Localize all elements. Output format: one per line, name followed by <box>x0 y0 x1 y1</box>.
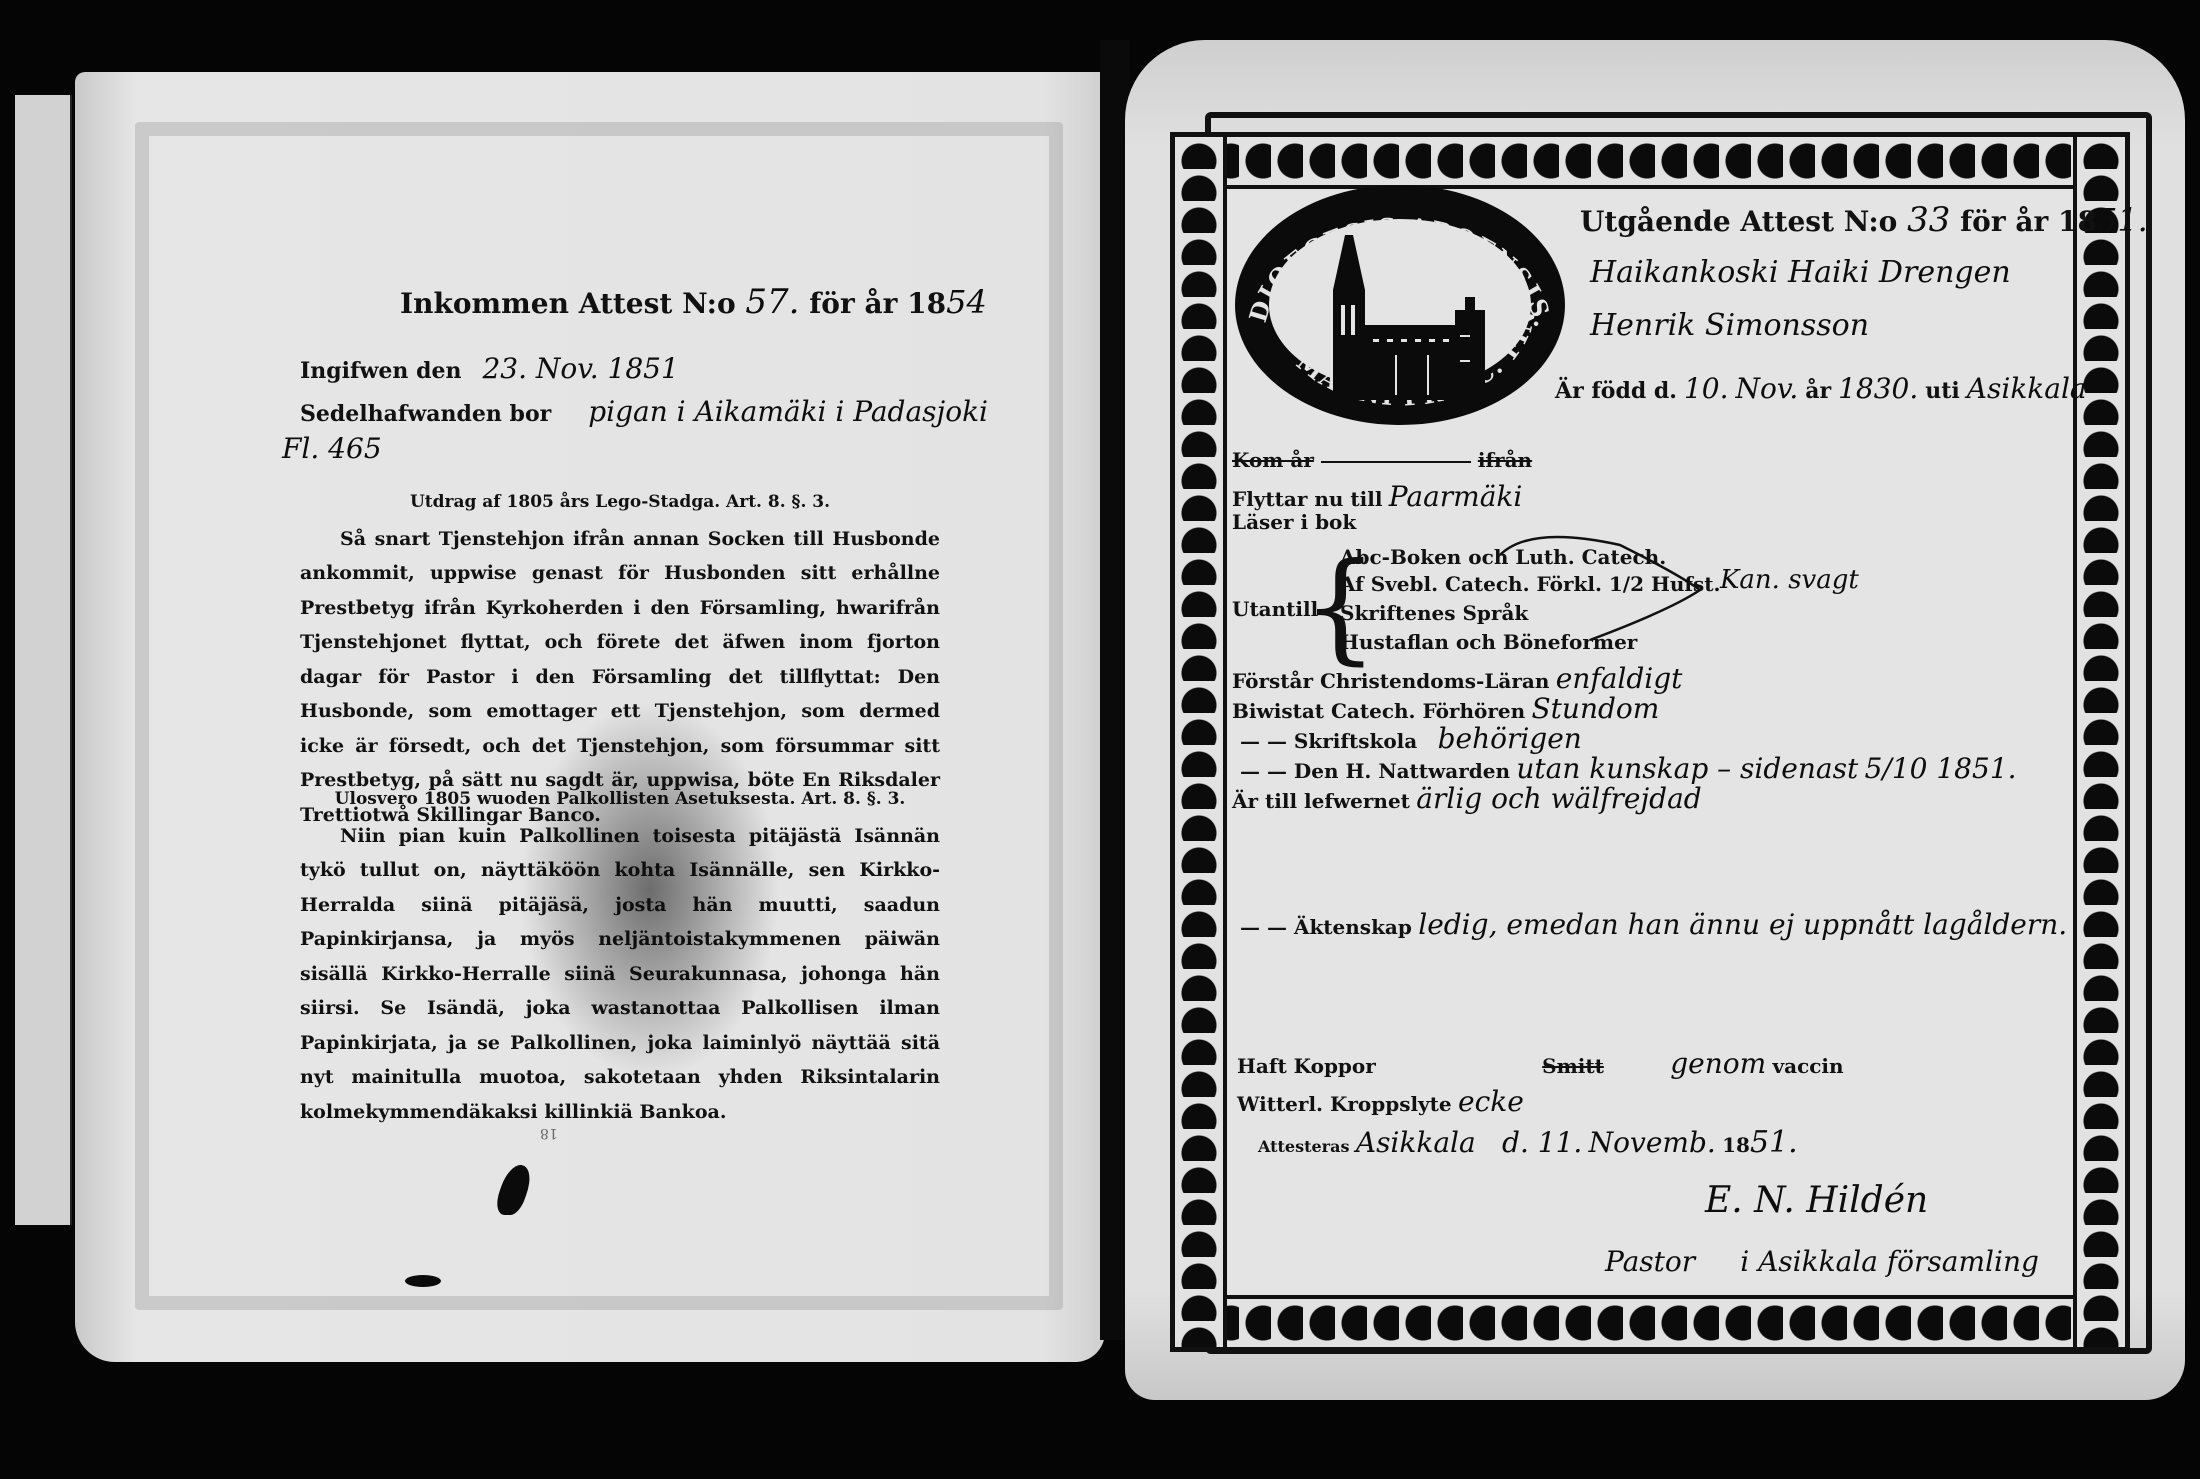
field-attesteras: Attesteras Asikkala d. 11. Novemb. 1851. <box>1258 1125 1798 1160</box>
attest-number: 57. <box>745 282 799 322</box>
signature: E. N. Hildén <box>1705 1180 1928 1221</box>
heading-label: Inkommen Attest N:o <box>400 287 736 320</box>
faded-year-mark: 18 <box>540 1125 558 1141</box>
field-label: vaccin <box>1773 1054 1844 1078</box>
uti-label: uti <box>1925 378 1960 404</box>
ingifwen-label: Ingifwen den <box>300 358 461 384</box>
ingifwen-row: Ingifwen den 23. Nov. 1851 <box>300 352 679 385</box>
attest-day: d. 11. <box>1502 1126 1582 1159</box>
field-value: ärlig och wälfrejdad <box>1416 782 1701 815</box>
year-label: år <box>1805 378 1831 404</box>
year-label: för år 18 <box>1960 205 2097 238</box>
field-skriftskola: — — Skriftskola behörigen <box>1240 722 1582 755</box>
heading-label: Utgående Attest N:o <box>1580 205 1897 238</box>
birth-day: 10. <box>1684 372 1729 405</box>
year-value: 54 <box>946 283 987 321</box>
handwritten-bracket-icon <box>1490 515 1720 650</box>
attest-year: 51. <box>1750 1125 1798 1160</box>
field-value: behörigen <box>1438 722 1582 755</box>
field-aktenskap: — — Äktenskap ledig, emedan han ännu ej … <box>1240 908 2067 941</box>
field-biwistat: Biwistat Catech. Förhören Stundom <box>1232 692 1659 725</box>
field-label: Biwistat Catech. Förhören <box>1232 699 1525 723</box>
field-value: genom <box>1670 1047 1766 1080</box>
sedelhafwanden-ref: Fl. 465 <box>282 432 382 465</box>
person-title-line: Haikankoski Haiki Drengen <box>1590 255 2011 290</box>
year-label: 18 <box>1722 1133 1750 1157</box>
birth-place: Asikkala <box>1967 372 2087 405</box>
birth-row: Är född d. 10. Nov. år 1830. uti Asikkal… <box>1555 372 2087 405</box>
field-label: — — Den H. Nattwarden <box>1240 759 1510 783</box>
sedelhafwanden-row: Sedelhafwanden bor pigan i Aikamäki i Pa… <box>300 395 988 428</box>
field-forstar: Förstår Christendoms-Läran enfaldigt <box>1232 662 1682 695</box>
field-label: Är till lefwernet <box>1232 789 1410 813</box>
field-nattwarden: — — Den H. Nattwarden utan kunskap – sid… <box>1240 752 2017 785</box>
ingifwen-value: 23. Nov. 1851 <box>482 352 678 385</box>
birth-month: Nov. <box>1735 372 1798 405</box>
incoming-attest-heading: Inkommen Attest N:o 57. för år 1854 <box>400 282 987 322</box>
signature-title-row: Pastor i Asikkala församling <box>1605 1245 2039 1278</box>
field-label: — — Äktenskap <box>1240 915 1412 939</box>
sedelhafwanden-value: pigan i Aikamäki i Padasjoki <box>588 395 988 428</box>
attest-place: Asikkala <box>1356 1126 1476 1159</box>
field-kroppslyte: Witterl. Kroppslyte ecke <box>1237 1085 1524 1118</box>
field-label: Kom år <box>1232 448 1314 472</box>
birth-year: 1830. <box>1838 372 1918 405</box>
born-label: Är född d. <box>1555 378 1677 404</box>
field-value: ledig, emedan han ännu ej uppnått lagåld… <box>1418 908 2067 941</box>
field-label: Haft Koppor <box>1237 1054 1376 1078</box>
outgoing-attest-heading: Utgående Attest N:o 33 för år 1851. <box>1580 200 2148 240</box>
swedish-extract-title: Utdrag af 1805 års Lego-Stadga. Art. 8. … <box>300 485 940 520</box>
field-label: ifrån <box>1478 448 1532 472</box>
signature-parish: i Asikkala församling <box>1740 1245 2039 1278</box>
year-value: 51. <box>2097 201 2148 239</box>
field-flyttar: Flyttar nu till Paarmäki <box>1232 480 1522 513</box>
person-name: Henrik Simonsson <box>1590 308 1869 343</box>
field-lefwernet: Är till lefwernet ärlig och wälfrejdad <box>1232 782 1702 815</box>
field-value: utan kunskap – sidenast <box>1516 752 1858 785</box>
frame-border-left <box>1175 137 1227 1347</box>
field-koppor: Haft Koppor Smitt genom vaccin <box>1237 1047 1844 1080</box>
ink-smudge <box>520 700 780 1080</box>
frame-border-top <box>1175 137 2125 189</box>
ink-blot <box>405 1275 441 1287</box>
left-page-edge <box>15 95 72 1225</box>
frame-border-bottom <box>1175 1295 2125 1347</box>
field-laser-i-bok: Läser i bok <box>1232 510 1356 534</box>
utantill-value: Kan. svagt <box>1720 565 1859 595</box>
field-label: Flyttar nu till <box>1232 487 1382 511</box>
field-value: enfaldigt <box>1556 662 1683 695</box>
attest-number: 33 <box>1907 200 1950 240</box>
field-label: Witterl. Kroppslyte <box>1237 1092 1452 1116</box>
church-icon <box>1315 225 1495 400</box>
field-value: Stundom <box>1531 692 1659 725</box>
sedelhafwanden-label: Sedelhafwanden bor <box>300 401 551 427</box>
struck-option: Smitt <box>1542 1054 1604 1078</box>
field-label: Förstår Christendoms-Läran <box>1232 669 1549 693</box>
field-label: Attesteras <box>1258 1137 1349 1156</box>
field-label: — — Skriftskola <box>1240 729 1417 753</box>
field-value: Paarmäki <box>1389 480 1523 513</box>
attest-month: Novemb. <box>1589 1126 1716 1159</box>
communion-date: 5/10 1851. <box>1865 752 2017 785</box>
field-kom-ar: Kom år ifrån <box>1232 448 1532 472</box>
frame-border-right <box>2073 137 2125 1347</box>
signature-title: Pastor <box>1605 1245 1695 1278</box>
field-value: ecke <box>1458 1085 1524 1118</box>
year-label: för år 18 <box>809 287 946 320</box>
